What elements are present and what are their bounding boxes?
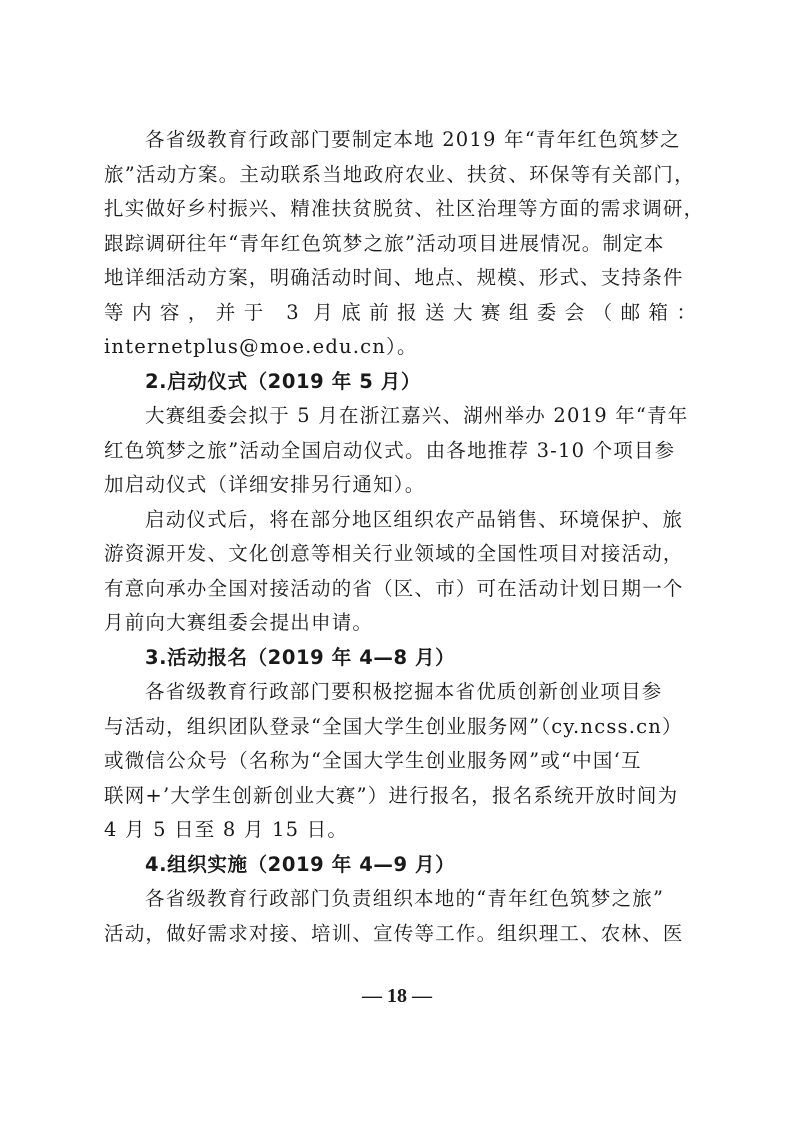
paragraph-line: 各省级教育行政部门负责组织本地的“青年红色筑梦之旅” [104, 882, 696, 917]
paragraph-line: 月前向大赛组委会提出申请。 [104, 606, 696, 641]
paragraph-line: 联网+’大学生创新创业大赛”）进行报名，报名系统开放时间为 [104, 779, 696, 814]
paragraph-line: 有意向承办全国对接活动的省（区、市）可在活动计划日期一个 [104, 572, 696, 607]
paragraph-line: 各省级教育行政部门要积极挖掘本省优质创新创业项目参 [104, 675, 696, 710]
section-heading-launch-ceremony: 2.启动仪式（2019 年 5 月） [104, 365, 696, 400]
paragraph-line: 加启动仪式（详细安排另行通知）。 [104, 468, 696, 503]
paragraph-line: 4 月 5 日至 8 月 15 日。 [104, 813, 696, 848]
paragraph-line: 大赛组委会拟于 5 月在浙江嘉兴、湖州举办 2019 年“青年 [104, 399, 696, 434]
paragraph-line: 扎实做好乡村振兴、精准扶贫脱贫、社区治理等方面的需求调研， [104, 192, 696, 227]
document-page: 各省级教育行政部门要制定本地 2019 年“青年红色筑梦之 旅”活动方案。主动联… [104, 123, 696, 951]
paragraph-line: 启动仪式后，将在部分地区组织农产品销售、环境保护、旅 [104, 503, 696, 538]
paragraph-line: 旅”活动方案。主动联系当地政府农业、扶贫、环保等有关部门， [104, 158, 696, 193]
paragraph-line: 红色筑梦之旅”活动全国启动仪式。由各地推荐 3-10 个项目参 [104, 434, 696, 469]
paragraph-line: 或微信公众号（名称为“全国大学生创业服务网”或“中国‘互 [104, 744, 696, 779]
paragraph-line: 与活动，组织团队登录“全国大学生创业服务网”（cy.ncss.cn） [104, 710, 696, 745]
paragraph-line: 各省级教育行政部门要制定本地 2019 年“青年红色筑梦之 [104, 123, 696, 158]
paragraph-line: 活动，做好需求对接、培训、宣传等工作。组织理工、农林、医 [104, 917, 696, 952]
section-heading-registration: 3.活动报名（2019 年 4—8 月） [104, 641, 696, 676]
paragraph-line: 等内容，并于 3 月底前报送大赛组委会（邮箱： [104, 296, 696, 331]
section-heading-implementation: 4.组织实施（2019 年 4—9 月） [104, 848, 696, 883]
paragraph-line: 跟踪调研往年“青年红色筑梦之旅”活动项目进展情况。制定本 [104, 227, 696, 262]
paragraph-line: 游资源开发、文化创意等相关行业领域的全国性项目对接活动， [104, 537, 696, 572]
page-number: — 18 — [0, 985, 794, 1008]
paragraph-line: 地详细活动方案，明确活动时间、地点、规模、形式、支持条件 [104, 261, 696, 296]
email-line: internetplus@moe.edu.cn）。 [104, 330, 696, 365]
